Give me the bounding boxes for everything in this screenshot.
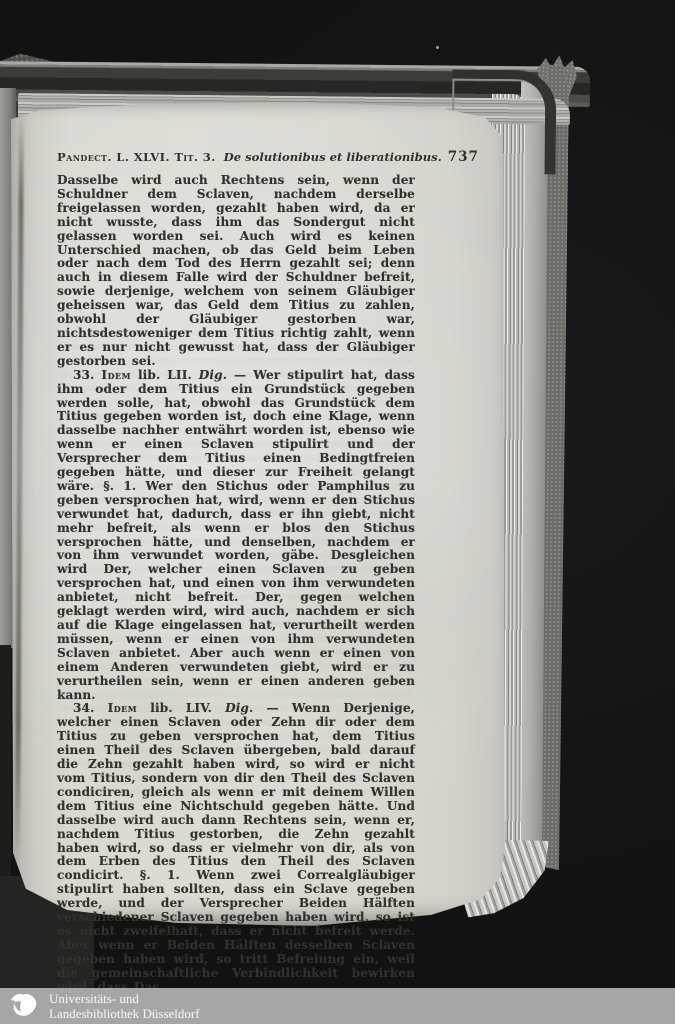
text-segment-italic: Dig. (225, 701, 253, 715)
text-segment-smallcaps: Idem (108, 701, 138, 715)
scan-viewer: Pandect. L. XLVI. Tit. 3. De solutionibu… (0, 0, 675, 1024)
watermark-bar: Universitäts- und Landesbibliothek Düsse… (0, 988, 675, 1024)
header-section-label: Pandect. L. XLVI. Tit. 3. (57, 150, 216, 164)
text-segment-normal: 34. (73, 701, 108, 715)
page-text: Dasselbe wird auch Rechtens sein, wenn d… (57, 174, 415, 994)
paragraph: Dasselbe wird auch Rechtens sein, wenn d… (57, 174, 415, 369)
paragraph: 34. Idem lib. LIV. Dig. — Wenn Derjenige… (57, 702, 415, 994)
dust-speck (436, 46, 439, 49)
header-page-number: 737 (448, 149, 479, 165)
text-segment-italic: Dig. (199, 368, 227, 382)
watermark-line1: Universitäts- und (49, 991, 200, 1006)
text-segment-normal: lib. LIV. (137, 701, 225, 715)
book-spine-left-edge-lower (0, 645, 11, 907)
text-segment-normal: 33. (73, 368, 101, 382)
ulb-logo-icon (5, 991, 41, 1021)
watermark-text: Universitäts- und Landesbibliothek Düsse… (49, 991, 200, 1021)
page-header: Pandect. L. XLVI. Tit. 3. De solutionibu… (57, 149, 415, 165)
page-content: Pandect. L. XLVI. Tit. 3. De solutionibu… (57, 149, 415, 1010)
paragraph: 33. Idem lib. LII. Dig. — Wer stipulirt … (57, 369, 415, 703)
header-title: De solutionibus et liberationibus. (224, 150, 442, 164)
text-segment-normal: — Wer stipulirt hat, dass ihm oder dem T… (57, 368, 415, 702)
text-segment-normal: — Wenn Derjenige, welcher einen Sclaven … (57, 701, 415, 993)
watermark-line2: Landesbibliothek Düsseldorf (49, 1006, 200, 1021)
text-segment-normal: lib. LII. (131, 368, 199, 382)
text-segment-smallcaps: Idem (101, 368, 131, 382)
text-segment-normal: Dasselbe wird auch Rechtens sein, wenn d… (57, 173, 415, 368)
